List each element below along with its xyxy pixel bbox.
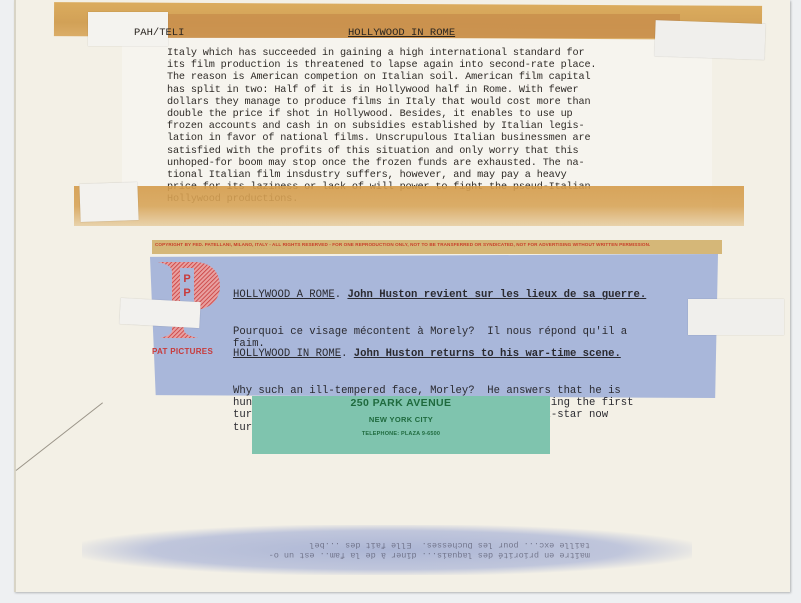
agency-name: PAT PICTURES xyxy=(152,347,213,356)
stamp-city: NEW YORK CITY xyxy=(252,415,550,424)
caption-title: HOLLYWOOD IN ROME xyxy=(348,27,455,39)
white-tape-bottom-left xyxy=(79,182,138,222)
svg-text:P: P xyxy=(183,273,190,285)
caption-english-subhead: John Huston returns to his war-time scen… xyxy=(354,348,621,360)
caption-english-head: HOLLYWOOD IN ROME xyxy=(233,348,341,360)
reference-code: PAH/TELI xyxy=(134,27,184,39)
caption-french-head: HOLLYWOOD A ROME xyxy=(233,289,335,301)
white-tape-logo xyxy=(119,298,200,328)
stamp-street: 250 PARK AVENUE xyxy=(252,397,550,409)
caption-french-subhead: John Huston revient sur les lieux de sa … xyxy=(347,289,646,301)
copyright-notice: COPYRIGHT BY FED. PATELLANI, MILANO, ITA… xyxy=(155,242,720,247)
caption-body: Italy which has succeeded in gaining a h… xyxy=(167,48,687,207)
masking-tape-bottom xyxy=(74,186,744,226)
stamp-telephone: TELEPHONE: PLAZA 9-6500 xyxy=(252,431,550,437)
svg-text:P: P xyxy=(183,287,190,299)
white-tape-right xyxy=(688,299,784,335)
mirrored-offset-text: maître en priorité des laquais... dîner … xyxy=(120,540,590,559)
paper-edge xyxy=(14,0,16,592)
